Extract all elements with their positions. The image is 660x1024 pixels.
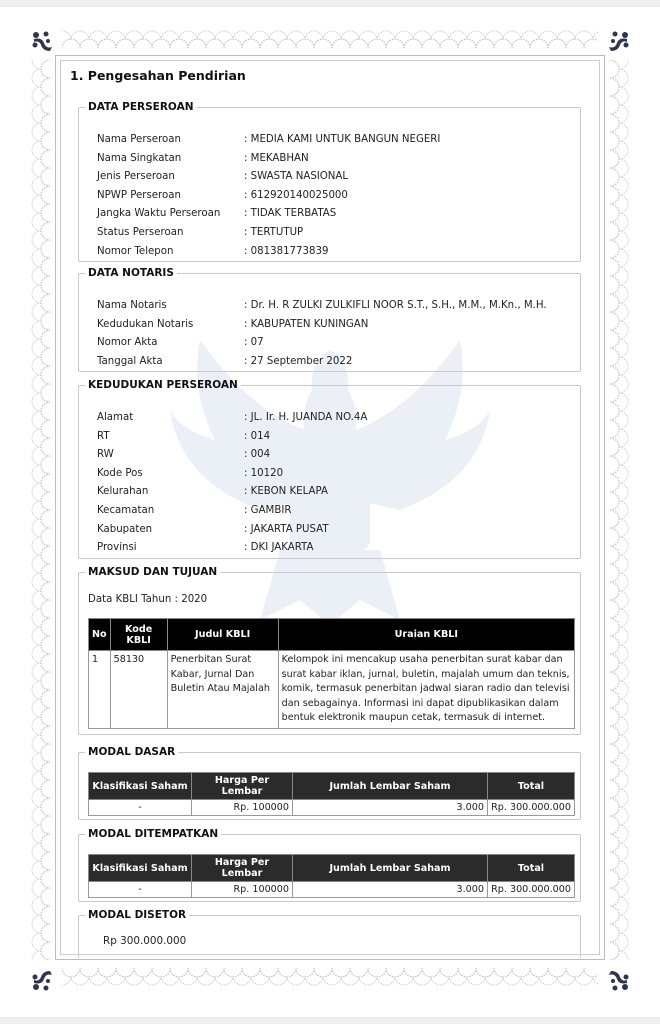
table-row: - Rp. 100000 3.000 Rp. 300.000.000 [89,800,575,816]
cell-no: 1 [89,651,111,729]
field-row: Nomor Telepon: 081381773839 [97,243,440,262]
field-row: Jangka Waktu Perseroan: TIDAK TERBATAS [97,205,440,224]
col-judul-kbli: Judul KBLI [167,619,278,651]
cell-uraian: Kelompok ini mencakup usaha penerbitan s… [278,651,574,729]
field-row: Kode Pos: 10120 [97,465,367,484]
field-row: Alamat: JL. Ir. H. JUANDA NO.4A [97,409,367,428]
modal-dasar-section: MODAL DASAR Klasifikasi Saham Harga Per … [78,746,581,820]
table-row: - Rp. 100000 3.000 Rp. 300.000.000 [89,882,575,898]
cell-kode: 58130 [110,651,167,729]
corner-ornament-icon [607,29,631,53]
decorative-border-left [30,60,52,960]
bottom-bar [0,1017,660,1024]
maksud-tujuan-section: MAKSUD DAN TUJUAN Data KBLI Tahun : 2020… [78,566,581,735]
field-row: Status Perseroan: TERTUTUP [97,224,440,243]
kbli-year-label: Data KBLI Tahun : 2020 [88,594,207,605]
kedudukan-perseroan-section: KEDUDUKAN PERSEROAN Alamat: JL. Ir. H. J… [78,379,581,559]
field-row: Jenis Perseroan: SWASTA NASIONAL [97,168,440,187]
field-row: Nama Perseroan: MEDIA KAMI UNTUK BANGUN … [97,131,440,150]
col-kode-kbli: KodeKBLI [110,619,167,651]
table-row: 1 58130 Penerbitan Surat Kabar, Jurnal D… [89,651,575,729]
modal-ditempatkan-section: MODAL DITEMPATKAN Klasifikasi Saham Harg… [78,828,581,902]
section-heading: DATA NOTARIS [85,267,177,279]
field-row: Kelurahan: KEBON KELAPA [97,483,367,502]
section-heading: MODAL DITEMPATKAN [85,828,221,840]
section-title: 1. Pengesahan Pendirian [70,68,588,83]
modal-disetor-value: Rp 300.000.000 [103,935,186,947]
field-row: Kecamatan: GAMBIR [97,502,367,521]
field-row: Kabupaten: JAKARTA PUSAT [97,521,367,540]
table-header-row: Klasifikasi Saham Harga Per Lembar Jumla… [89,773,575,800]
corner-ornament-icon [30,969,54,993]
corner-ornament-icon [30,29,54,53]
field-row: Nomor Akta: 07 [97,334,547,353]
corner-ornament-icon [607,969,631,993]
decorative-border-bottom [62,966,598,986]
field-row: Tanggal Akta: 27 September 2022 [97,353,547,372]
section-heading: DATA PERSEROAN [85,101,197,113]
col-no: No [89,619,111,651]
decorative-border-right [608,60,630,960]
section-heading: MODAL DASAR [85,746,178,758]
field-row: Provinsi: DKI JAKARTA [97,539,367,558]
table-header-row: No KodeKBLI Judul KBLI Uraian KBLI [89,619,575,651]
top-bar [0,0,660,7]
field-row: Kedudukan Notaris: KABUPATEN KUNINGAN [97,316,547,335]
field-row: NPWP Perseroan: 612920140025000 [97,187,440,206]
table-header-row: Klasifikasi Saham Harga Per Lembar Jumla… [89,855,575,882]
field-row: RW: 004 [97,446,367,465]
section-heading: KEDUDUKAN PERSEROAN [85,379,241,391]
decorative-border-top [62,30,598,50]
section-heading: MAKSUD DAN TUJUAN [85,566,220,578]
modal-disetor-section: MODAL DISETOR Rp 300.000.000 [78,909,581,958]
modal-ditempatkan-table: Klasifikasi Saham Harga Per Lembar Jumla… [88,854,575,898]
field-row: Nama Notaris: Dr. H. R ZULKI ZULKIFLI NO… [97,297,547,316]
modal-dasar-table: Klasifikasi Saham Harga Per Lembar Jumla… [88,772,575,816]
field-row: Nama Singkatan: MEKABHAN [97,150,440,169]
section-heading: MODAL DISETOR [85,909,189,921]
kbli-table: No KodeKBLI Judul KBLI Uraian KBLI 1 581… [88,618,575,729]
cell-judul: Penerbitan Surat Kabar, Jurnal Dan Bulet… [167,651,278,729]
data-perseroan-section: DATA PERSEROAN Nama Perseroan: MEDIA KAM… [78,101,581,262]
data-notaris-section: DATA NOTARIS Nama Notaris: Dr. H. R ZULK… [78,267,581,372]
field-row: RT: 014 [97,428,367,447]
col-uraian-kbli: Uraian KBLI [278,619,574,651]
